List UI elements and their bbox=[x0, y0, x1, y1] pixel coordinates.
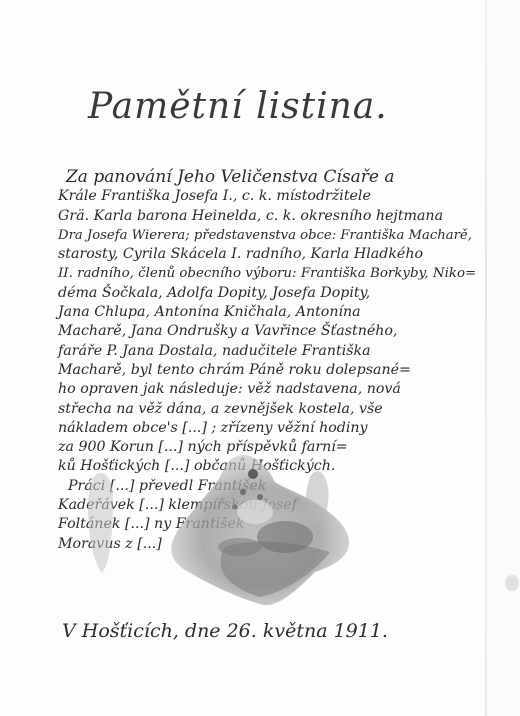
text-line: ho opraven jak následuje: věž nadstavena… bbox=[58, 380, 478, 399]
text-line: II. radního, členů obecního výboru: Fran… bbox=[58, 264, 478, 283]
document-body: Za panování Jeho Veličenstva Císaře a Kr… bbox=[58, 168, 478, 554]
page-margin bbox=[487, 0, 520, 716]
text-line: Práci [...] převedl František bbox=[58, 477, 478, 496]
text-line: déma Šočkala, Adolfa Dopity, Josefa Dopi… bbox=[58, 284, 478, 303]
text-line: ků Hošťických [...] občanů Hošťických. bbox=[58, 457, 478, 476]
text-line: Macharě, Jana Ondrušky a Vavřince Šťastn… bbox=[58, 322, 478, 341]
text-line: Krále Františka Josefa I., c. k. místodr… bbox=[58, 187, 478, 206]
text-line: Moravus z [...] bbox=[58, 535, 478, 554]
text-line: starosty, Cyrila Skácela I. radního, Kar… bbox=[58, 245, 478, 264]
text-line: Foltánek [...] ny František bbox=[58, 515, 478, 534]
text-line: Kadeřávek [...] klempířskou Josef bbox=[58, 496, 478, 515]
text-line: faráře P. Jana Dostala, nadučitele Frant… bbox=[58, 342, 478, 361]
text-line: Jana Chlupa, Antonína Kničhala, Antonína bbox=[58, 303, 478, 322]
text-line: Macharě, byl tento chrám Páně roku dolep… bbox=[58, 361, 478, 380]
paper-speck bbox=[505, 575, 519, 591]
text-line: za 900 Korun [...] ných příspěvků farní= bbox=[58, 438, 478, 457]
place-and-date: V Hošťicích, dne 26. května 1911. bbox=[62, 620, 388, 642]
document-page: Pamětní listina. Za panování Jeho Veliče… bbox=[0, 0, 520, 716]
text-line: Za panování Jeho Veličenstva Císaře a bbox=[58, 168, 478, 187]
document-title: Pamětní listina. bbox=[88, 86, 388, 127]
text-line: Grä. Karla barona Heinelda, c. k. okresn… bbox=[58, 207, 478, 226]
text-line: Dra Josefa Wierera; představenstva obce:… bbox=[58, 226, 478, 245]
text-line: střecha na věž dána, a zevnějšek kostela… bbox=[58, 400, 478, 419]
text-line: nákladem obce's [...] ; zřízeny věžní ho… bbox=[58, 419, 478, 438]
